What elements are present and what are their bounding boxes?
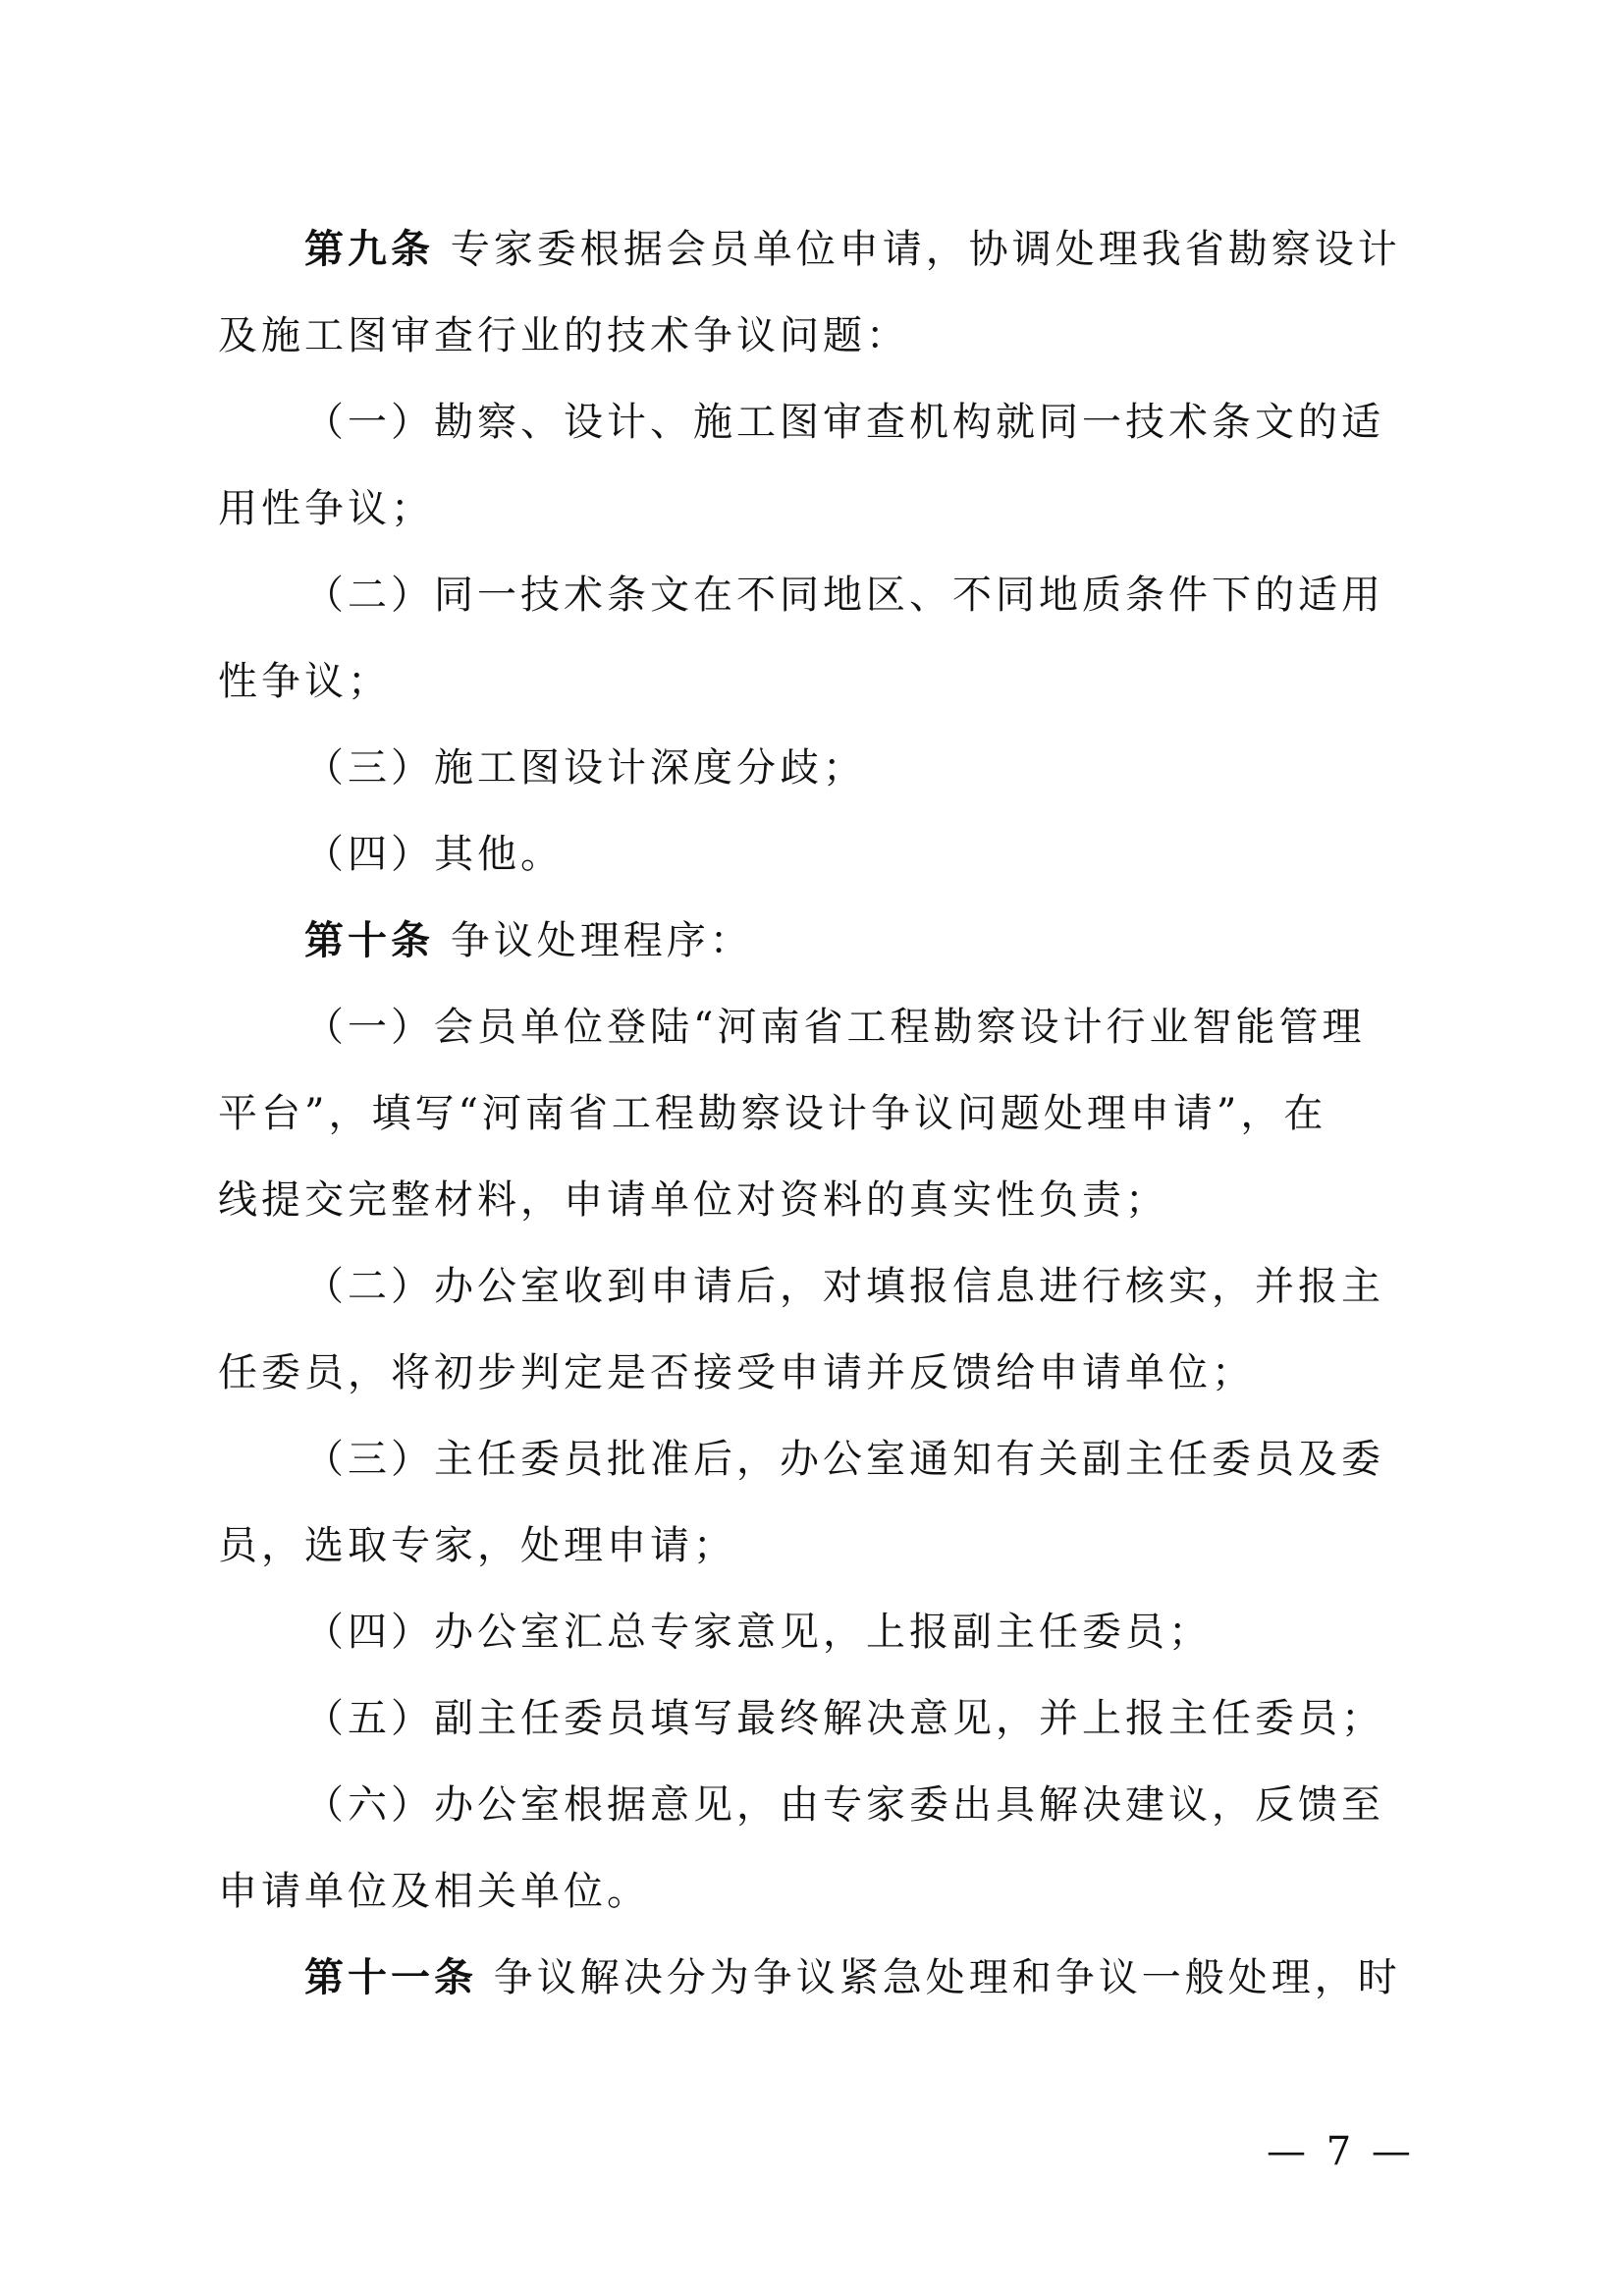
step-4: （四）办公室汇总专家意见，上报副主任委员；: [304, 1609, 1492, 1656]
step-1-line-3: 线提交完整材料，申请单位对资料的真实性负责；: [218, 1176, 1406, 1224]
article-11-line-1: 第十一条 争议解决分为争议紧急处理和争议一般处理，时: [304, 1954, 1492, 2001]
step-2-line-2: 任委员，将初步判定是否接受申请并反馈给申请单位；: [218, 1349, 1406, 1396]
step-5: （五）副主任委员填写最终解决意见，并上报主任委员；: [304, 1695, 1492, 1742]
item-1-line-2: 用性争议；: [218, 485, 1406, 532]
step-1-line-1: （一）会员单位登陆“河南省工程勘察设计行业智能管理: [304, 1004, 1492, 1051]
article-heading: 第九条: [304, 227, 434, 272]
item-2-line-1: （二）同一技术条文在不同地区、不同地质条件下的适用: [304, 572, 1492, 619]
step-3-line-1: （三）主任委员批准后，办公室通知有关副主任委员及委: [304, 1436, 1492, 1483]
step-3-line-2: 员，选取专家，处理申请；: [218, 1522, 1406, 1569]
item-2-line-2: 性争议；: [218, 658, 1406, 705]
step-2-line-1: （二）办公室收到申请后，对填报信息进行核实，并报主: [304, 1263, 1492, 1310]
article-heading: 第十条: [304, 918, 434, 963]
document-page: 第九条 专家委根据会员单位申请，协调处理我省勘察设计 及施工图审查行业的技术争议…: [0, 0, 1623, 2296]
item-1-line-1: （一）勘察、设计、施工图审查机构就同一技术条文的适: [304, 399, 1492, 446]
item-4: （四）其他。: [304, 831, 1492, 878]
step-6-line-2: 申请单位及相关单位。: [218, 1868, 1406, 1915]
step-1-line-2: 平台”，填写“河南省工程勘察设计争议问题处理申请”，在: [218, 1090, 1406, 1137]
article-10-line-1: 第十条 争议处理程序：: [304, 917, 1492, 964]
article-heading: 第十一条: [304, 1955, 477, 2000]
article-9-line-1: 第九条 专家委根据会员单位申请，协调处理我省勘察设计: [304, 226, 1492, 273]
page-number: — 7 —: [1267, 2129, 1415, 2174]
step-6-line-1: （六）办公室根据意见，由专家委出具解决建议，反馈至: [304, 1781, 1492, 1829]
item-3: （三）施工图设计深度分歧；: [304, 744, 1492, 792]
article-9-line-2: 及施工图审查行业的技术争议问题：: [218, 312, 1406, 359]
